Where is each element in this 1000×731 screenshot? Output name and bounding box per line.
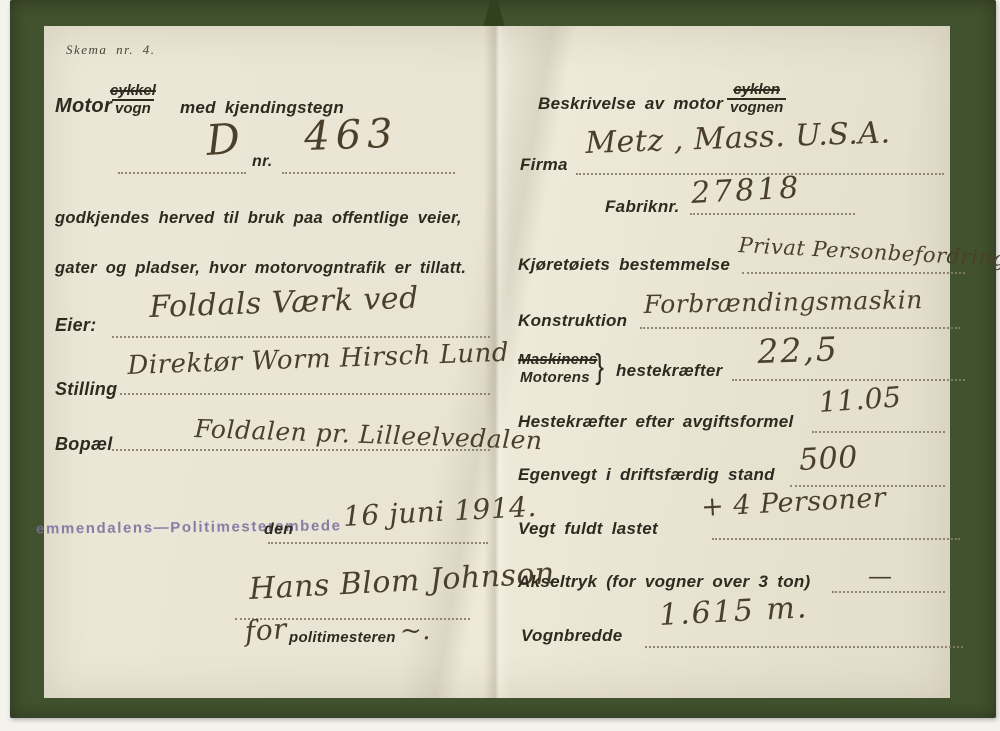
avgiftsformel-label: Hestekræfter efter avgiftsformel xyxy=(518,412,794,432)
motor-type-fraction-right: cyklen vognen xyxy=(727,82,786,116)
vognen-word: vognen xyxy=(727,98,786,116)
konstruktion-value-handwritten: Forbrændingsmaskin xyxy=(643,285,923,319)
den-date-label: den xyxy=(264,521,293,539)
avgiftsformel-value-handwritten: 11.05 xyxy=(818,380,903,419)
fabriknr-label: Fabriknr. xyxy=(605,197,680,217)
vegt-fuldt-lastet-label: Vegt fuldt lastet xyxy=(518,519,658,539)
eier-dotted-line xyxy=(112,334,490,338)
motor-cykkel-struck-word: cykkel xyxy=(110,83,156,99)
egenvegt-value-handwritten: 500 xyxy=(798,440,859,478)
fabriknr-dotted-line xyxy=(690,211,855,215)
bestemmelse-dotted-line xyxy=(742,270,965,274)
hestekraefter-label: hestekræfter xyxy=(616,361,723,381)
schema-number-label: Skema nr. 4. xyxy=(66,42,156,58)
hestekraefter-dotted-line xyxy=(732,377,965,381)
date-dotted-line xyxy=(268,540,488,544)
beskrivelse-title-label: Beskrivelse av motor xyxy=(538,94,723,114)
cyklen-struck-word: cyklen xyxy=(733,82,780,98)
firma-label: Firma xyxy=(520,155,568,175)
signature-flourish-handwritten: ~. xyxy=(400,616,431,646)
maskinens-struck-label: Maskinens xyxy=(518,351,597,368)
for-word-handwritten: for xyxy=(244,612,288,648)
motor-type-fraction: cykkel vogn xyxy=(110,83,156,117)
politimesteren-label: politimesteren xyxy=(289,629,396,646)
konstruktion-label: Konstruktion xyxy=(518,311,627,331)
bopael-label: Bopæl xyxy=(55,434,113,455)
stilling-dotted-line xyxy=(120,391,490,395)
egenvegt-label: Egenvegt i driftsfærdig stand xyxy=(518,465,775,485)
vognbredde-dotted-line xyxy=(645,644,963,648)
motor-vogn-word: vogn xyxy=(112,99,154,117)
akseltryk-label: Akseltryk (for vogner over 3 ton) xyxy=(518,572,811,592)
approval-text-line1: godkjendes herved til bruk paa offentlig… xyxy=(55,209,462,228)
stilling-label: Stilling xyxy=(55,379,117,400)
registration-letter-dotted-line xyxy=(118,170,246,174)
vognbredde-label: Vognbredde xyxy=(521,626,623,646)
konstruktion-dotted-line xyxy=(640,325,960,329)
fabriknr-value-handwritten: 27818 xyxy=(690,170,802,211)
avgiftsformel-dotted-line xyxy=(812,429,945,433)
registration-number-dotted-line xyxy=(282,170,455,174)
eier-label: Eier: xyxy=(55,315,97,336)
hestekraefter-value-handwritten: 22,5 xyxy=(757,329,840,371)
registration-letter-handwritten: D xyxy=(205,114,243,165)
motor-label: Motor xyxy=(55,95,112,118)
police-office-stamp: emmendalens—Politimesterembede xyxy=(36,517,342,537)
bestemmelse-label: Kjøretøiets bestemmelse xyxy=(518,255,730,275)
scanned-document-photo: Skema nr. 4. Motor cykkel vogn med kjend… xyxy=(0,0,1000,731)
akseltryk-value-handwritten: — xyxy=(868,562,893,590)
registration-number-handwritten: 463 xyxy=(303,111,399,160)
nr-label: nr. xyxy=(252,153,272,171)
approval-text-line2: gater og pladser, hvor motorvogntrafik e… xyxy=(55,259,466,278)
vegt-dotted-line xyxy=(712,536,960,540)
motorens-label: Motorens xyxy=(520,369,590,386)
brace-glyph: } xyxy=(595,348,604,387)
